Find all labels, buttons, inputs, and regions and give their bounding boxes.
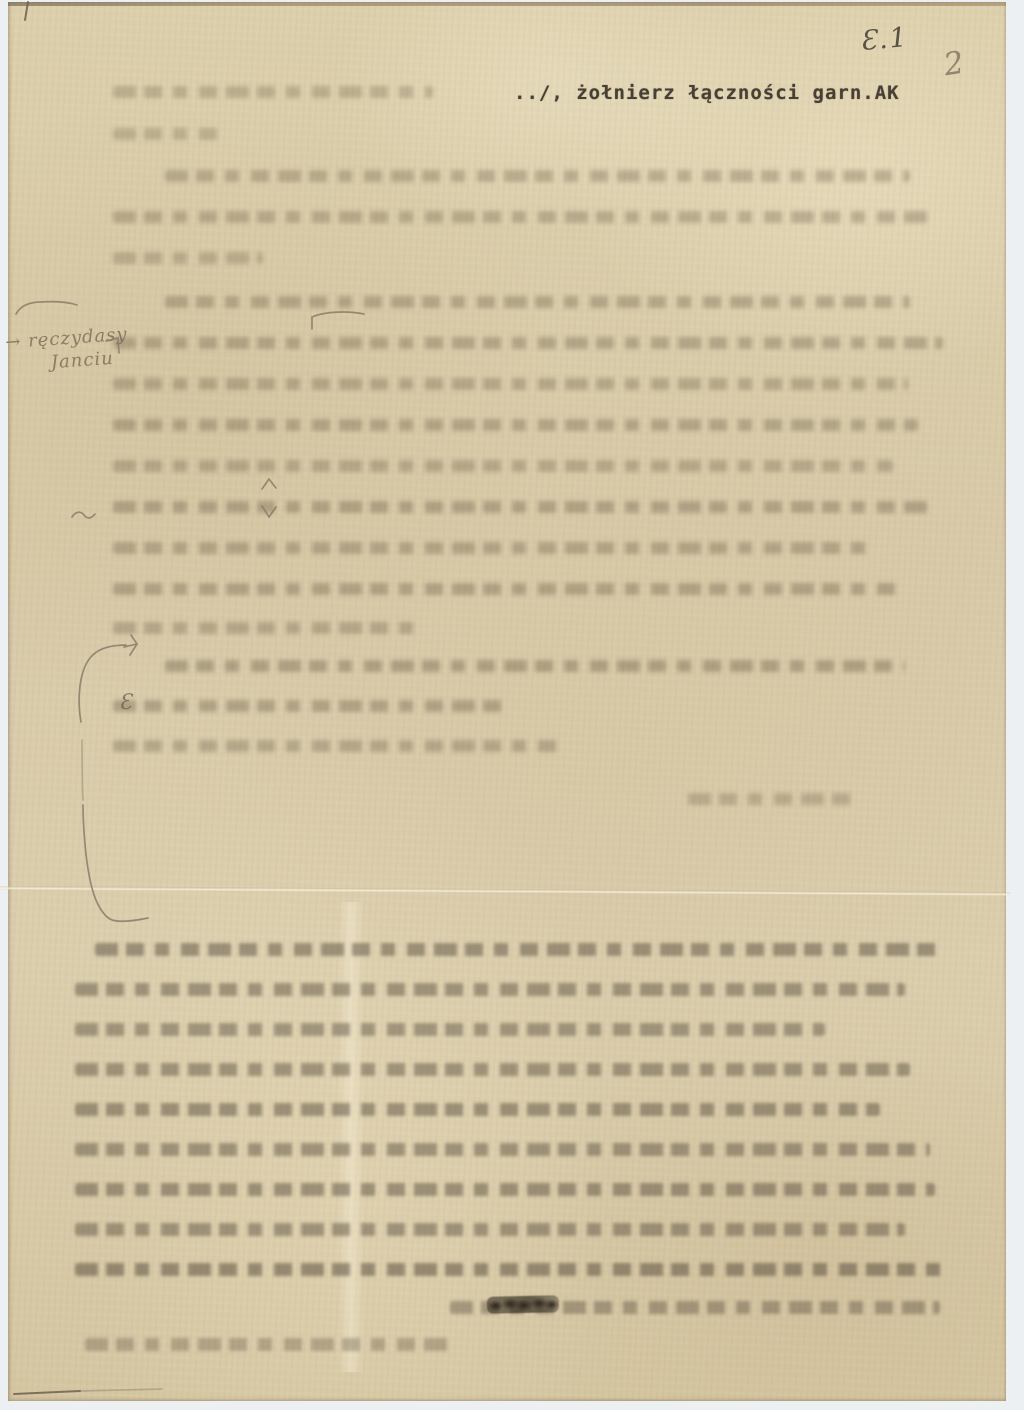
faded-text-line xyxy=(95,943,940,956)
faded-text-line xyxy=(113,583,903,595)
handwritten-corner-mark-ink: Ɛ.1 xyxy=(859,22,910,57)
faded-text-line xyxy=(75,1223,905,1236)
faded-text-line xyxy=(113,419,918,431)
faded-text-line xyxy=(113,128,218,140)
faded-text-line xyxy=(113,86,433,98)
faded-text-line xyxy=(75,1103,880,1116)
faded-text-line xyxy=(165,660,905,672)
faded-text-line xyxy=(75,1023,825,1036)
scanner-background: { "scan": { "paper_color": "#d9cbaa", "b… xyxy=(0,0,1024,1410)
faded-text-line xyxy=(113,622,423,634)
margin-arrow-icon: → xyxy=(5,331,23,353)
faded-text-line xyxy=(113,211,928,223)
faded-text-line xyxy=(113,740,563,752)
overstruck-crossed-out-word xyxy=(487,1295,559,1314)
faded-text-line xyxy=(75,1063,910,1076)
faded-text-line xyxy=(113,700,508,712)
faded-text-line xyxy=(165,170,910,182)
handwritten-margin-note: → ręczydasy Janciu xyxy=(5,324,130,376)
faded-text-line xyxy=(75,983,905,996)
faded-text-line xyxy=(75,1143,930,1156)
faded-text-line xyxy=(113,460,893,472)
faded-text-line xyxy=(75,1263,950,1276)
faded-text-line xyxy=(113,542,873,554)
typewritten-header-line: ../, żołnierz łączności garn.AK xyxy=(514,82,900,104)
paper-top-edge-shadow xyxy=(8,2,1006,6)
faded-text-line xyxy=(165,296,910,308)
faded-text-line xyxy=(75,1183,935,1196)
faded-text-line xyxy=(688,793,858,805)
faded-text-line xyxy=(113,501,928,513)
faded-text-line xyxy=(113,337,943,349)
faded-text-line xyxy=(113,378,908,390)
paper-vertical-crease xyxy=(338,902,364,1372)
faded-text-line xyxy=(85,1338,455,1351)
faded-text-line xyxy=(113,252,263,264)
